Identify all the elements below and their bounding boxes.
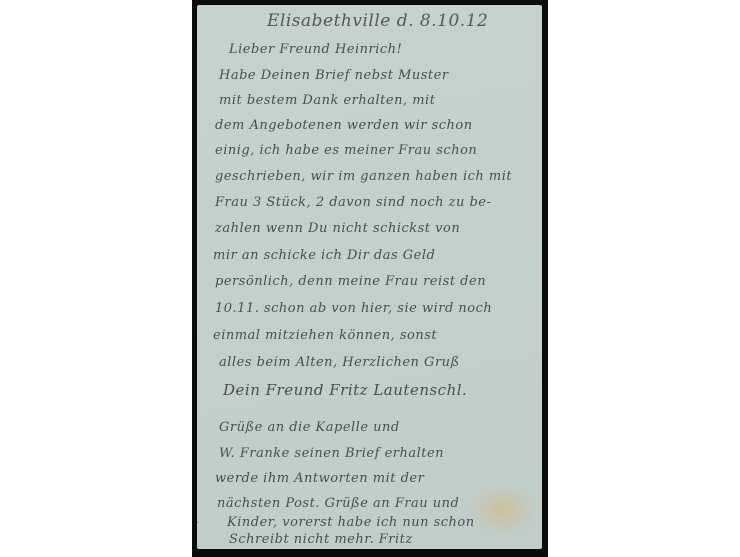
signature-line: Dein Freund Fritz Lautenschl. [223,381,467,399]
letter-line: 10.11. schon ab von hier, sie wird noch [215,301,492,316]
letter-line: mit bestem Dank erhalten, mit [219,93,435,108]
letter-line: zahlen wenn Du nicht schickst von [215,221,460,236]
pencil-reference-number: 20/51 [197,501,201,541]
letter-line: dem Angebotenen werden wir schon [215,118,473,133]
postscript-closing: Schreibt nicht mehr. Fritz [229,532,413,547]
postcard: Elisabethville d. 8.10.12 Lieber Freund … [197,5,542,549]
postscript-line: Grüße an die Kapelle und [219,420,400,435]
postscript-line: W. Franke seinen Brief erhalten [219,446,444,461]
postscript-line: werde ihm Antworten mit der [215,471,424,486]
letter-line: einig, ich habe es meiner Frau schon [215,143,477,158]
age-stain [468,485,538,535]
letter-line: mir an schicke ich Dir das Geld [213,248,435,263]
postscript-line: Kinder, vorerst habe ich nun schon [227,515,475,530]
letter-line: Habe Deinen Brief nebst Muster [219,68,449,83]
dateline: Elisabethville d. 8.10.12 [267,11,488,31]
letter-line: Frau 3 Stück, 2 davon sind noch zu be- [215,195,491,210]
postscript-line: nächsten Post. Grüße an Frau und [217,496,459,511]
letter-line: alles beim Alten, Herzlichen Gruß [219,355,460,370]
letter-line: geschrieben, wir im ganzen haben ich mit [215,169,512,184]
letter-line: persönlich, denn meine Frau reist den [215,274,486,289]
letter-line: einmal mitziehen können, sonst [213,328,437,343]
salutation: Lieber Freund Heinrich! [229,42,402,57]
